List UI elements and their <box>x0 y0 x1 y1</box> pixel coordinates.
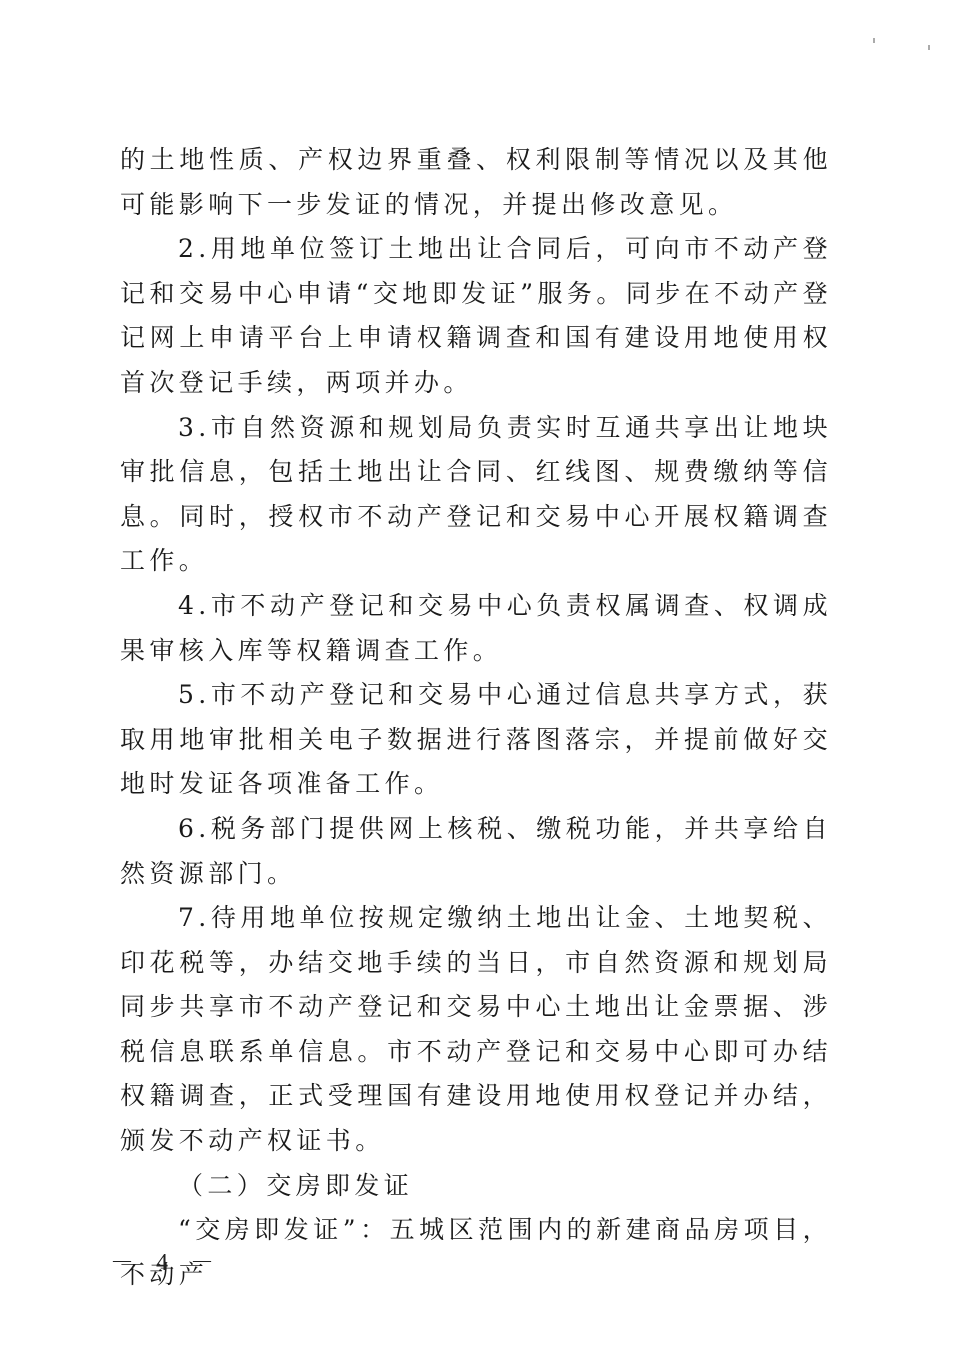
paragraph-item-6: 6.税务部门提供网上核税、缴税功能，并共享给自然资源部门。 <box>120 807 832 896</box>
page-number: － 4 － <box>110 1242 222 1277</box>
paragraph-continuation: 的土地性质、产权边界重叠、权利限制等情况以及其他可能影响下一步发证的情况，并提出… <box>120 138 832 227</box>
scan-artifact-mark <box>873 38 875 43</box>
section-heading: （二）交房即发证 <box>120 1164 832 1209</box>
document-body: 的土地性质、产权边界重叠、权利限制等情况以及其他可能影响下一步发证的情况，并提出… <box>120 138 832 1297</box>
paragraph-final: “交房即发证”：五城区范围内的新建商品房项目，不动产 <box>120 1208 832 1297</box>
paragraph-item-5: 5.市不动产登记和交易中心通过信息共享方式，获取用地审批相关电子数据进行落图落宗… <box>120 673 832 807</box>
scan-artifact-mark <box>928 45 930 50</box>
paragraph-item-4: 4.市不动产登记和交易中心负责权属调查、权调成果审核入库等权籍调查工作。 <box>120 584 832 673</box>
paragraph-item-2: 2.用地单位签订土地出让合同后，可向市不动产登记和交易中心申请“交地即发证”服务… <box>120 227 832 405</box>
paragraph-item-7: 7.待用地单位按规定缴纳土地出让金、土地契税、印花税等，办结交地手续的当日，市自… <box>120 896 832 1164</box>
paragraph-item-3: 3.市自然资源和规划局负责实时互通共享出让地块审批信息，包括土地出让合同、红线图… <box>120 406 832 584</box>
